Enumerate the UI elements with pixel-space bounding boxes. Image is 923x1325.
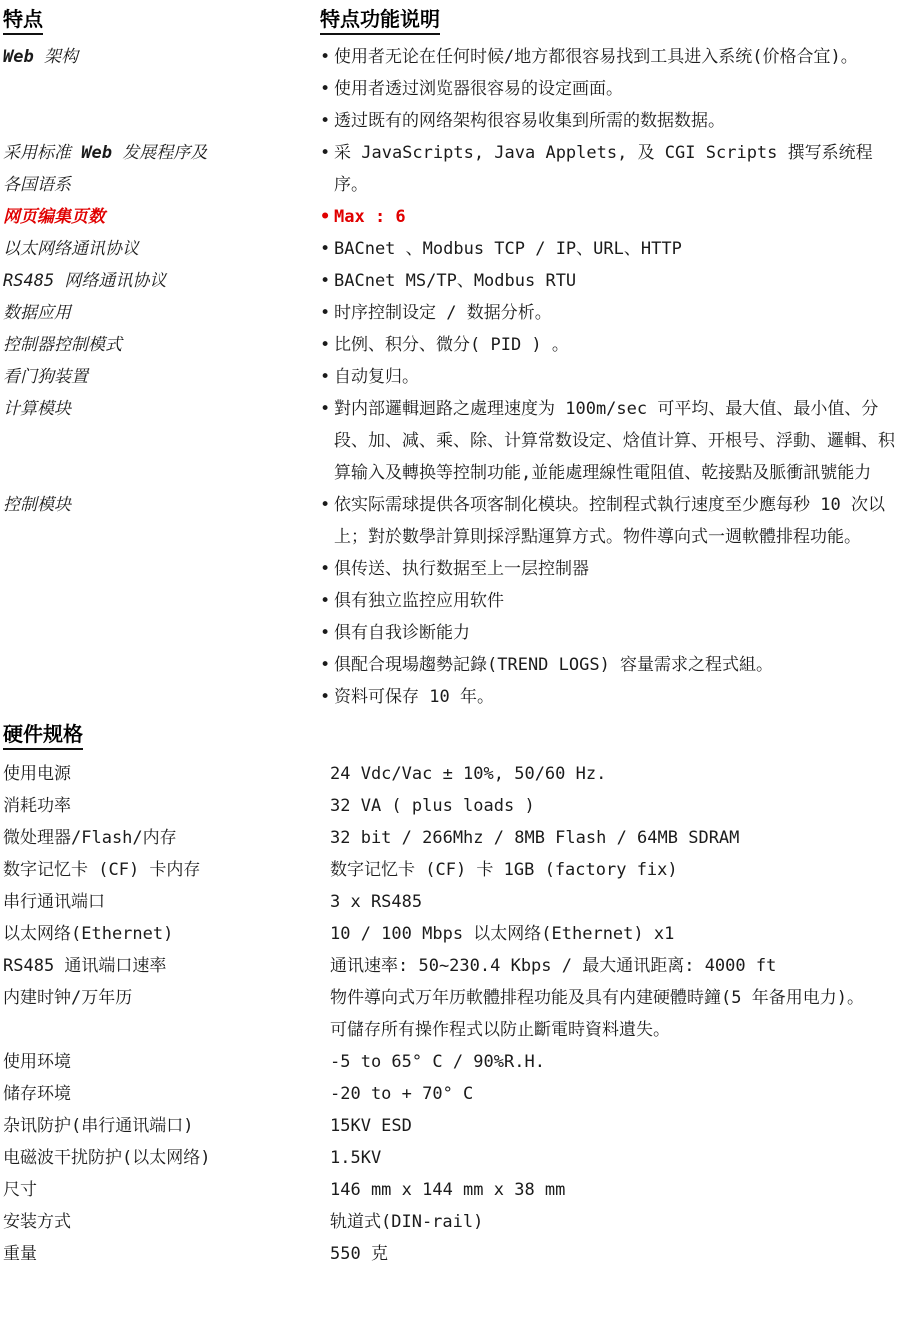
bullet-text: 俱配合現場趨勢記錄(TREND LOGS) 容量需求之程式組。 <box>334 649 773 681</box>
bullet-item: 使用者透过浏览器很容易的设定画面。 <box>320 73 895 105</box>
feature-label: 看门狗装置 <box>3 361 320 393</box>
bullet-item: 對内部邏輯迴路之處理速度为 100m/sec 可平均、最大值、最小值、分段、加、… <box>320 393 895 489</box>
hw-label: RS485 通讯端口速率 <box>3 950 330 982</box>
hw-row-storage-env: 储存环境 -20 to + 70° C <box>3 1078 917 1110</box>
feature-bullets: 比例、积分、微分( PID ) 。 <box>320 329 895 361</box>
hw-label: 串行通讯端口 <box>3 886 330 918</box>
bullet-text: 使用者无论在任何时候/地方都很容易找到工具进入系统(价格合宜)。 <box>334 41 858 73</box>
bullet-item-red: Max : 6 <box>320 201 895 233</box>
features-header: 特点 <box>3 6 43 35</box>
bullet-item: 资料可保存 10 年。 <box>320 681 895 713</box>
bullet-icon <box>320 649 334 681</box>
hw-label: 内建时钟/万年历 <box>3 982 330 1014</box>
feature-bullets: 时序控制设定 / 数据分析。 <box>320 297 895 329</box>
hw-value: -5 to 65° C / 90%R.H. <box>330 1046 917 1078</box>
feature-label: 数据应用 <box>3 297 320 329</box>
bullet-icon <box>320 201 334 233</box>
hw-value: -20 to + 70° C <box>330 1078 917 1110</box>
bullet-item: 俱配合現場趨勢記錄(TREND LOGS) 容量需求之程式組。 <box>320 649 895 681</box>
hardware-header-wrap: 硬件规格 <box>3 721 917 750</box>
feature-bullets: 依实际需球提供各项客制化模块。控制程式執行速度至少應每秒 10 次以上；對於數學… <box>320 489 895 713</box>
bullet-icon <box>320 393 334 489</box>
hw-value-line1: 物件導向式万年历軟體排程功能及具有内建硬體時鐘(5 年备用电力)。 <box>330 982 917 1014</box>
hw-value: 3 x RS485 <box>330 886 917 918</box>
feature-row-control-mode: 控制器控制模式 比例、积分、微分( PID ) 。 <box>3 329 917 361</box>
feature-bullets: BACnet MS/TP、Modbus RTU <box>320 265 895 297</box>
bullet-icon <box>320 329 334 361</box>
bullet-icon <box>320 553 334 585</box>
hw-row-consumption: 消耗功率 32 VA ( plus loads ) <box>3 790 917 822</box>
hw-label: 重量 <box>3 1238 330 1270</box>
bullet-icon <box>320 41 334 73</box>
hw-value: 物件導向式万年历軟體排程功能及具有内建硬體時鐘(5 年备用电力)。 可儲存所有操… <box>330 982 917 1046</box>
hw-row-rs485-speed: RS485 通讯端口速率 通讯速率: 50~230.4 Kbps / 最大通讯距… <box>3 950 917 982</box>
bullet-item: 比例、积分、微分( PID ) 。 <box>320 329 895 361</box>
hw-value: 24 Vdc/Vac ± 10%, 50/60 Hz. <box>330 758 917 790</box>
bullet-icon <box>320 265 334 297</box>
hw-row-mounting: 安装方式 轨道式(DIN-rail) <box>3 1206 917 1238</box>
bullet-item: BACnet 、Modbus TCP / IP、URL、HTTP <box>320 233 895 265</box>
hw-value-line2: 可儲存所有操作程式以防止斷電時資料遺失。 <box>330 1014 917 1046</box>
features-desc-header: 特点功能说明 <box>320 6 440 35</box>
bullet-item: 俱有自我诊断能力 <box>320 617 895 649</box>
bullet-text: 透过既有的网络架构很容易收集到所需的数据数据。 <box>334 105 725 137</box>
hw-label: 数字记忆卡 (CF) 卡内存 <box>3 854 330 886</box>
feature-label: Web 架构 <box>3 41 320 73</box>
bullet-text: BACnet MS/TP、Modbus RTU <box>334 265 576 297</box>
feature-row-web-pages: 网页编集页数 Max : 6 <box>3 201 917 233</box>
hw-label: 消耗功率 <box>3 790 330 822</box>
hw-label: 尺寸 <box>3 1174 330 1206</box>
hw-value: 32 VA ( plus loads ) <box>330 790 917 822</box>
feature-label-en: Web <box>81 143 112 163</box>
feature-bullets: 采 JavaScripts, Java Applets, 及 CGI Scrip… <box>320 137 895 201</box>
hardware-header: 硬件规格 <box>3 721 83 750</box>
section-header-row: 特点 特点功能说明 <box>3 6 917 35</box>
feature-label: 计算模块 <box>3 393 320 425</box>
hw-value: 数字记忆卡 (CF) 卡 1GB (factory fix) <box>330 854 917 886</box>
feature-row-ethernet-protocol: 以太网络通讯协议 BACnet 、Modbus TCP / IP、URL、HTT… <box>3 233 917 265</box>
bullet-item: 透过既有的网络架构很容易收集到所需的数据数据。 <box>320 105 895 137</box>
hw-label: 安装方式 <box>3 1206 330 1238</box>
bullet-text: 使用者透过浏览器很容易的设定画面。 <box>334 73 623 105</box>
feature-label-en: Web <box>3 47 34 67</box>
hw-label: 杂讯防护(串行通讯端口) <box>3 1110 330 1142</box>
bullet-item: 俱有独立监控应用软件 <box>320 585 895 617</box>
bullet-item: BACnet MS/TP、Modbus RTU <box>320 265 895 297</box>
bullet-icon <box>320 681 334 713</box>
feature-row-data-application: 数据应用 时序控制设定 / 数据分析。 <box>3 297 917 329</box>
hw-label: 使用电源 <box>3 758 330 790</box>
feature-bullets: BACnet 、Modbus TCP / IP、URL、HTTP <box>320 233 895 265</box>
bullet-icon <box>320 361 334 393</box>
hw-label: 微处理器/Flash/内存 <box>3 822 330 854</box>
bullet-text: 對内部邏輯迴路之處理速度为 100m/sec 可平均、最大值、最小值、分段、加、… <box>334 393 895 489</box>
hw-value: 1.5KV <box>330 1142 917 1174</box>
bullet-icon <box>320 585 334 617</box>
hw-row-emi-protection: 电磁波干扰防护(以太网络) 1.5KV <box>3 1142 917 1174</box>
spec-document-page: 特点 特点功能说明 Web 架构 使用者无论在任何时候/地方都很容易找到工具进入… <box>0 0 923 1325</box>
feature-label-pre: 采用标准 <box>3 143 81 163</box>
bullet-text: 俱有独立监控应用软件 <box>334 585 504 617</box>
bullet-text: 自动复归。 <box>334 361 419 393</box>
hw-row-power: 使用电源 24 Vdc/Vac ± 10%, 50/60 Hz. <box>3 758 917 790</box>
bullet-text: 依实际需球提供各项客制化模块。控制程式執行速度至少應每秒 10 次以上；對於數學… <box>334 489 895 553</box>
feature-label: 以太网络通讯协议 <box>3 233 320 265</box>
feature-row-rs485-protocol: RS485 网络通讯协议 BACnet MS/TP、Modbus RTU <box>3 265 917 297</box>
feature-bullets: 使用者无论在任何时候/地方都很容易找到工具进入系统(价格合宜)。 使用者透过浏览… <box>320 41 895 137</box>
bullet-icon <box>320 233 334 265</box>
feature-row-control-module: 控制模块 依实际需球提供各项客制化模块。控制程式執行速度至少應每秒 10 次以上… <box>3 489 917 713</box>
bullet-item: 采 JavaScripts, Java Applets, 及 CGI Scrip… <box>320 137 895 201</box>
hw-value: 通讯速率: 50~230.4 Kbps / 最大通讯距离: 4000 ft <box>330 950 917 982</box>
feature-row-watchdog: 看门狗装置 自动复归。 <box>3 361 917 393</box>
bullet-icon <box>320 297 334 329</box>
features-desc-header-cell: 特点功能说明 <box>320 6 440 35</box>
hw-value: 550 克 <box>330 1238 917 1270</box>
hw-label: 电磁波干扰防护(以太网络) <box>3 1142 330 1174</box>
feature-row-web-architecture: Web 架构 使用者无论在任何时候/地方都很容易找到工具进入系统(价格合宜)。 … <box>3 41 917 137</box>
bullet-icon <box>320 73 334 105</box>
hw-label: 使用环境 <box>3 1046 330 1078</box>
hw-row-dimensions: 尺寸 146 mm x 144 mm x 38 mm <box>3 1174 917 1206</box>
hw-label: 储存环境 <box>3 1078 330 1110</box>
hw-row-cpu: 微处理器/Flash/内存 32 bit / 266Mhz / 8MB Flas… <box>3 822 917 854</box>
hw-row-cf-card: 数字记忆卡 (CF) 卡内存 数字记忆卡 (CF) 卡 1GB (factory… <box>3 854 917 886</box>
feature-label: 控制器控制模式 <box>3 329 320 361</box>
hw-row-clock: 内建时钟/万年历 物件導向式万年历軟體排程功能及具有内建硬體時鐘(5 年备用电力… <box>3 982 917 1046</box>
feature-label: 采用标准 Web 发展程序及 各国语系 <box>3 137 320 201</box>
hw-value: 32 bit / 266Mhz / 8MB Flash / 64MB SDRAM <box>330 822 917 854</box>
feature-label-line2: 各国语系 <box>3 169 320 201</box>
feature-label-zh: 架构 <box>34 47 78 67</box>
bullet-text: Max : 6 <box>334 201 406 233</box>
feature-bullets: 自动复归。 <box>320 361 895 393</box>
hw-value: 10 / 100 Mbps 以太网络(Ethernet) x1 <box>330 918 917 950</box>
bullet-text: 俱传送、执行数据至上一层控制器 <box>334 553 589 585</box>
hw-value: 轨道式(DIN-rail) <box>330 1206 917 1238</box>
bullet-item: 依实际需球提供各项客制化模块。控制程式執行速度至少應每秒 10 次以上；對於數學… <box>320 489 895 553</box>
hw-row-ethernet: 以太网络(Ethernet) 10 / 100 Mbps 以太网络(Ethern… <box>3 918 917 950</box>
feature-label-line1: 采用标准 Web 发展程序及 <box>3 137 320 169</box>
feature-label-post: 发展程序及 <box>112 143 207 163</box>
feature-row-web-standards: 采用标准 Web 发展程序及 各国语系 采 JavaScripts, Java … <box>3 137 917 201</box>
hw-label: 以太网络(Ethernet) <box>3 918 330 950</box>
hw-value: 15KV ESD <box>330 1110 917 1142</box>
bullet-item: 俱传送、执行数据至上一层控制器 <box>320 553 895 585</box>
bullet-item: 自动复归。 <box>320 361 895 393</box>
bullet-text: 时序控制设定 / 数据分析。 <box>334 297 552 329</box>
feature-label: 控制模块 <box>3 489 320 521</box>
bullet-icon <box>320 105 334 137</box>
hw-row-weight: 重量 550 克 <box>3 1238 917 1270</box>
feature-row-calc-module: 计算模块 對内部邏輯迴路之處理速度为 100m/sec 可平均、最大值、最小值、… <box>3 393 917 489</box>
feature-label: RS485 网络通讯协议 <box>3 265 320 297</box>
bullet-icon <box>320 137 334 201</box>
feature-bullets: Max : 6 <box>320 201 895 233</box>
hw-row-noise-protection: 杂讯防护(串行通讯端口) 15KV ESD <box>3 1110 917 1142</box>
bullet-text: 资料可保存 10 年。 <box>334 681 494 713</box>
bullet-icon <box>320 617 334 649</box>
bullet-item: 时序控制设定 / 数据分析。 <box>320 297 895 329</box>
bullet-text: 采 JavaScripts, Java Applets, 及 CGI Scrip… <box>334 137 895 201</box>
bullet-text: 俱有自我诊断能力 <box>334 617 470 649</box>
features-header-cell: 特点 <box>3 6 320 35</box>
bullet-item: 使用者无论在任何时候/地方都很容易找到工具进入系统(价格合宜)。 <box>320 41 895 73</box>
hw-row-operating-env: 使用环境 -5 to 65° C / 90%R.H. <box>3 1046 917 1078</box>
feature-bullets: 對内部邏輯迴路之處理速度为 100m/sec 可平均、最大值、最小值、分段、加、… <box>320 393 895 489</box>
hw-value: 146 mm x 144 mm x 38 mm <box>330 1174 917 1206</box>
bullet-text: 比例、积分、微分( PID ) 。 <box>334 329 569 361</box>
bullet-icon <box>320 489 334 553</box>
feature-label-red: 网页编集页数 <box>3 201 320 233</box>
bullet-text: BACnet 、Modbus TCP / IP、URL、HTTP <box>334 233 682 265</box>
hw-row-serial-ports: 串行通讯端口 3 x RS485 <box>3 886 917 918</box>
